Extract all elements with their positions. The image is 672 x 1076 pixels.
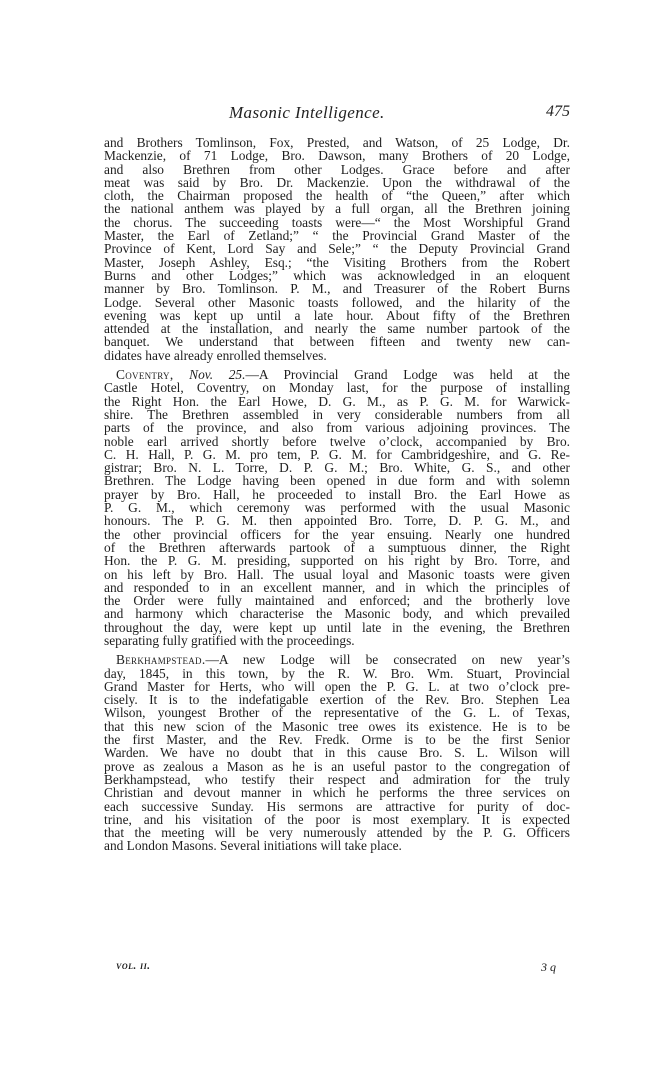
text-line: gistrar; Bro. N. L. Torre, D. P. G. M.; …: [104, 461, 570, 474]
text-line: and Brothers Tomlinson, Fox, Prested, an…: [104, 136, 570, 149]
text-line: Castle Hotel, Coventry, on Monday last, …: [104, 381, 570, 394]
text-line: noble earl arrived shortly before twelve…: [104, 435, 570, 448]
signature-mark: 3 q: [541, 960, 556, 975]
text-line: Berkhampstead, who testify their respect…: [104, 773, 570, 786]
text-line: cloth, the Chairman proposed the health …: [104, 189, 570, 202]
text-line: the national anthem was played by a full…: [104, 202, 570, 215]
text-line: Warden. We have no doubt that in this ca…: [104, 746, 570, 759]
text-line: cisely. It is to the indefatigable exert…: [104, 693, 570, 706]
text-line: P. G. M., which ceremony was performed w…: [104, 501, 570, 514]
text-line: day, 1845, in this town, by the R. W. Br…: [104, 667, 570, 680]
text-line: that this new scion of the Masonic tree …: [104, 720, 570, 733]
text-line: and responded to in an excellent manner,…: [104, 581, 570, 594]
text-line: Master, the Earl of Zetland;” “ the Prov…: [104, 229, 570, 242]
page-footer: vol. ii. 3 q: [104, 960, 570, 976]
text-line: the Right Hon. the Earl Howe, D. G. M., …: [104, 395, 570, 408]
text-line: and harmony which characterise the Mason…: [104, 607, 570, 620]
text-line: parts of the province, and also from var…: [104, 421, 570, 434]
text-line: the other provincial officers for the ye…: [104, 528, 570, 541]
text-line: on his left by Bro. Hall. The usual loya…: [104, 568, 570, 581]
text-line: Wilson, youngest Brother of the represen…: [104, 706, 570, 719]
text-line: evening was kept up until a late hour. A…: [104, 309, 570, 322]
volume-mark: vol. ii.: [116, 960, 150, 972]
paragraph-berkhampstead: Berkhampstead.—A new Lodge will be conse…: [104, 653, 570, 852]
text-line: trine, and his visitation of the poor is…: [104, 813, 570, 826]
paragraph-banquet: and Brothers Tomlinson, Fox, Prested, an…: [104, 136, 570, 362]
text-line: of the Brethren afterwards partook of a …: [104, 541, 570, 554]
text-line: prove as zealous a Mason as he is an use…: [104, 760, 570, 773]
text-line: Coventry, Nov. 25.—A Provincial Grand Lo…: [104, 368, 570, 381]
paragraph-coventry: Coventry, Nov. 25.—A Provincial Grand Lo…: [104, 368, 570, 647]
text-line: manner by Bro. Tomlinson. P. M., and Tre…: [104, 282, 570, 295]
text-line: shire. The Brethren assembled in very co…: [104, 408, 570, 421]
text-line: Master, Joseph Ashley, Esq.; “the Visiti…: [104, 256, 570, 269]
text-line: didates have already enrolled themselves…: [104, 349, 570, 362]
text-line: separating fully gratified with the proc…: [104, 634, 570, 647]
text-line: the chorus. The succeeding toasts were—“…: [104, 216, 570, 229]
text-line: Christian and devout manner in which he …: [104, 786, 570, 799]
text-line: Province of Kent, Lord Say and Sele;” “ …: [104, 242, 570, 255]
text-line: and also Brethren from other Lodges. Gra…: [104, 163, 570, 176]
text-line: and London Masons. Several initiations w…: [104, 839, 570, 852]
text-line: throughout the day, were kept up until l…: [104, 621, 570, 634]
page-number: 475: [546, 103, 570, 121]
text-line: Brethren. The Lodge having been opened i…: [104, 474, 570, 487]
text-line: Hon. the P. G. M. presiding, supported o…: [104, 554, 570, 567]
text-line: Burns and other Lodges;” which was ackno…: [104, 269, 570, 282]
text-line: Berkhampstead.—A new Lodge will be conse…: [104, 653, 570, 666]
text-line: the Order were fully maintained and enfo…: [104, 594, 570, 607]
running-title: Masonic Intelligence.: [229, 103, 385, 123]
text-line: banquet. We understand that between fift…: [104, 335, 570, 348]
text-line: Grand Master for Herts, who will open th…: [104, 680, 570, 693]
text-line: each successive Sunday. His sermons are …: [104, 800, 570, 813]
text-line: Mackenzie, of 71 Lodge, Bro. Dawson, man…: [104, 149, 570, 162]
text-line: meat was said by Bro. Dr. Mackenzie. Upo…: [104, 176, 570, 189]
text-line: honours. The P. G. M. then appointed Bro…: [104, 514, 570, 527]
text-line: the first Master, and the Rev. Fredk. Or…: [104, 733, 570, 746]
running-head: Masonic Intelligence. 475: [104, 103, 570, 123]
text-line: Lodge. Several other Masonic toasts foll…: [104, 296, 570, 309]
text-line: C. H. Hall, P. G. M. pro tem, P. G. M. f…: [104, 448, 570, 461]
text-line: prayer by Bro. Hall, he proceeded to ins…: [104, 488, 570, 501]
text-line: attended at the installation, and nearly…: [104, 322, 570, 335]
text-line: that the meeting will be very numerously…: [104, 826, 570, 839]
article-body: and Brothers Tomlinson, Fox, Prested, an…: [104, 136, 570, 853]
